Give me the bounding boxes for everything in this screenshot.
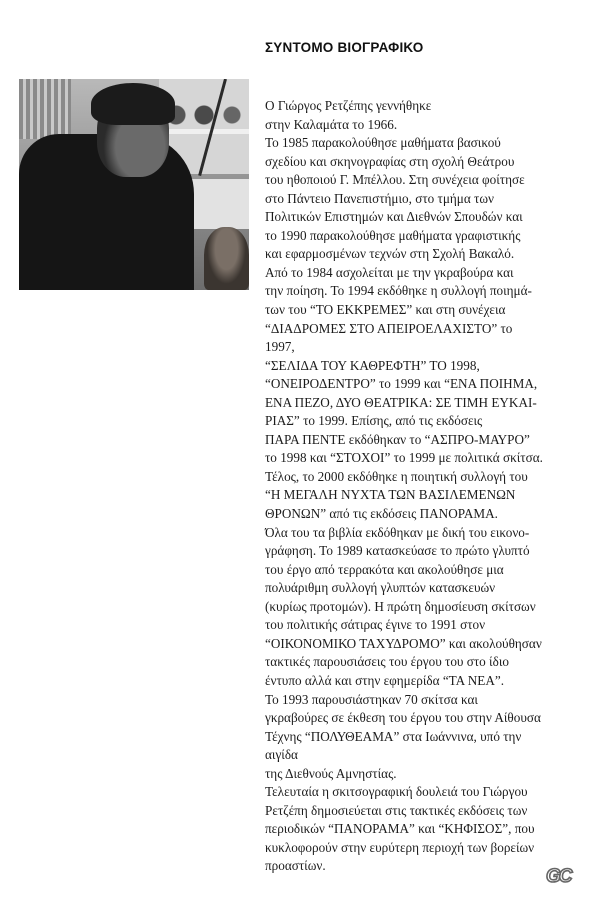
- text-line: (κυρίως προτομών). Η πρώτη δημοσίευση σκ…: [265, 598, 590, 617]
- text-line: προαστίων.: [265, 857, 590, 876]
- text-line: Το 1993 παρουσιάστηκαν 70 σκίτσα και: [265, 691, 590, 710]
- text-line: ΘΡΟΝΩΝ” από τις εκδόσεις ΠΑΝΟΡΑΜΑ.: [265, 505, 590, 524]
- text-line: σχεδίου και σκηνογραφίας στη σχολή Θεάτρ…: [265, 153, 590, 172]
- text-line: το 1990 παρακολούθησε μαθήματα γραφιστικ…: [265, 227, 590, 246]
- text-line: ΕΝΑ ΠΕΖΟ, ΔΥΟ ΘΕΑΤΡΙΚΑ: ΣΕ ΤΙΜΗ ΕΥΚΑΙ-: [265, 394, 590, 413]
- text-line: Τελευταία η σκιτσογραφική δουλειά του Γι…: [265, 783, 590, 802]
- text-line: γράφηση. Το 1989 κατασκεύασε το πρώτο γλ…: [265, 542, 590, 561]
- busts-shape: [164, 101, 244, 129]
- text-line: του έργο από τερρακότα και ακολούθησε μι…: [265, 561, 590, 580]
- gc-logo-icon: GC: [546, 866, 571, 888]
- text-line: “ΣΕΛΙΔΑ ΤΟΥ ΚΑΘΡΕΦΤΗ” ΤΟ 1998,: [265, 357, 590, 376]
- text-line: Τέλος, το 2000 εκδόθηκε η ποιητική συλλο…: [265, 468, 590, 487]
- text-line: “ΔΙΑΔΡΟΜΕΣ ΣΤΟ ΑΠΕΙΡΟΕΛΑΧΙΣΤΟ” το: [265, 320, 590, 339]
- text-line: Πολιτικών Επιστημών και Διεθνών Σπουδών …: [265, 208, 590, 227]
- text-line: “ΟΝΕΙΡΟΔΕΝΤΡΟ” το 1999 και “ΕΝΑ ΠΟΙΗΜΑ,: [265, 375, 590, 394]
- text-line: στο Πάντειο Πανεπιστήμιο, στο τμήμα των: [265, 190, 590, 209]
- page-title: ΣΥΝΤΟΜΟ ΒΙΟΓΡΑΦΙΚΟ: [265, 40, 423, 55]
- text-line: Τέχνης “ΠΟΛΥΘΕΑΜΑ” στα Ιωάννινα, υπό την: [265, 728, 590, 747]
- text-line: στην Καλαμάτα το 1966.: [265, 116, 590, 135]
- text-line: πολυάριθμη συλλογή γλυπτών κατασκευών: [265, 579, 590, 598]
- text-line: του ηθοποιού Γ. Μπέλλου. Στη συνέχεια φο…: [265, 171, 590, 190]
- text-line: γκραβούρες σε έκθεση του έργου του στην …: [265, 709, 590, 728]
- text-line: τακτικές παρουσιάσεις του έργου του στο …: [265, 653, 590, 672]
- person-hair-shape: [91, 83, 175, 125]
- text-line: και εφαρμοσμένων τεχνών στη Σχολή Βακαλό…: [265, 245, 590, 264]
- text-line: της Διεθνούς Αμνηστίας.: [265, 765, 590, 784]
- text-line: 1997,: [265, 338, 590, 357]
- text-line: την ποίηση. Το 1994 εκδόθηκε η συλλογή π…: [265, 282, 590, 301]
- text-line: κυκλοφορούν στην ευρύτερη περιοχή των βο…: [265, 839, 590, 858]
- text-line: αιγίδα: [265, 746, 590, 765]
- text-line: Από το 1984 ασχολείται με την γκραβούρα …: [265, 264, 590, 283]
- text-line: Όλα του τα βιβλία εκδόθηκαν με δική του …: [265, 524, 590, 543]
- biography-text: Ο Γιώργος Ρετζέπης γεννήθηκε στην Καλαμά…: [265, 97, 590, 876]
- text-line: έντυπο αλλά και στην εφημερίδα “ΤΑ ΝΕΑ”.: [265, 672, 590, 691]
- text-line: του πολιτικής σάτιρας έγινε το 1991 στον: [265, 616, 590, 635]
- text-line: Ο Γιώργος Ρετζέπης γεννήθηκε: [265, 97, 590, 116]
- ledge-shape: [159, 129, 249, 134]
- text-line: περιοδικών “ΠΑΝΟΡΑΜΑ” και “ΚΗΦΙΣΟΣ”, που: [265, 820, 590, 839]
- text-line: των του “ΤΟ ΕΚΚΡΕΜΕΣ” και στη συνέχεια: [265, 301, 590, 320]
- text-line: ΡΙΑΣ” το 1999. Επίσης, από τις εκδόσεις: [265, 412, 590, 431]
- bookshelf-shape: [19, 79, 71, 139]
- text-line: “ΟΙΚΟΝΟΜΙΚΟ ΤΑΧΥΔΡΟΜΟ” και ακολούθησαν: [265, 635, 590, 654]
- text-line: Ρετζέπη δημοσιεύεται στις τακτικές εκδόσ…: [265, 802, 590, 821]
- text-line: το 1998 και “ΣΤΟΧΟΙ” το 1999 με πολιτικά…: [265, 449, 590, 468]
- text-line: ΠΑΡΑ ΠΕΝΤΕ εκδόθηκαν το “ΑΣΠΡΟ-ΜΑΥΡΟ”: [265, 431, 590, 450]
- sculpted-bust-shape: [204, 227, 249, 290]
- text-line: “Η ΜΕΓΑΛΗ ΝΥΧΤΑ ΤΩΝ ΒΑΣΙΛΕΜΕΝΩΝ: [265, 486, 590, 505]
- text-line: Το 1985 παρακολούθησε μαθήματα βασικού: [265, 134, 590, 153]
- artist-photo: [19, 79, 249, 290]
